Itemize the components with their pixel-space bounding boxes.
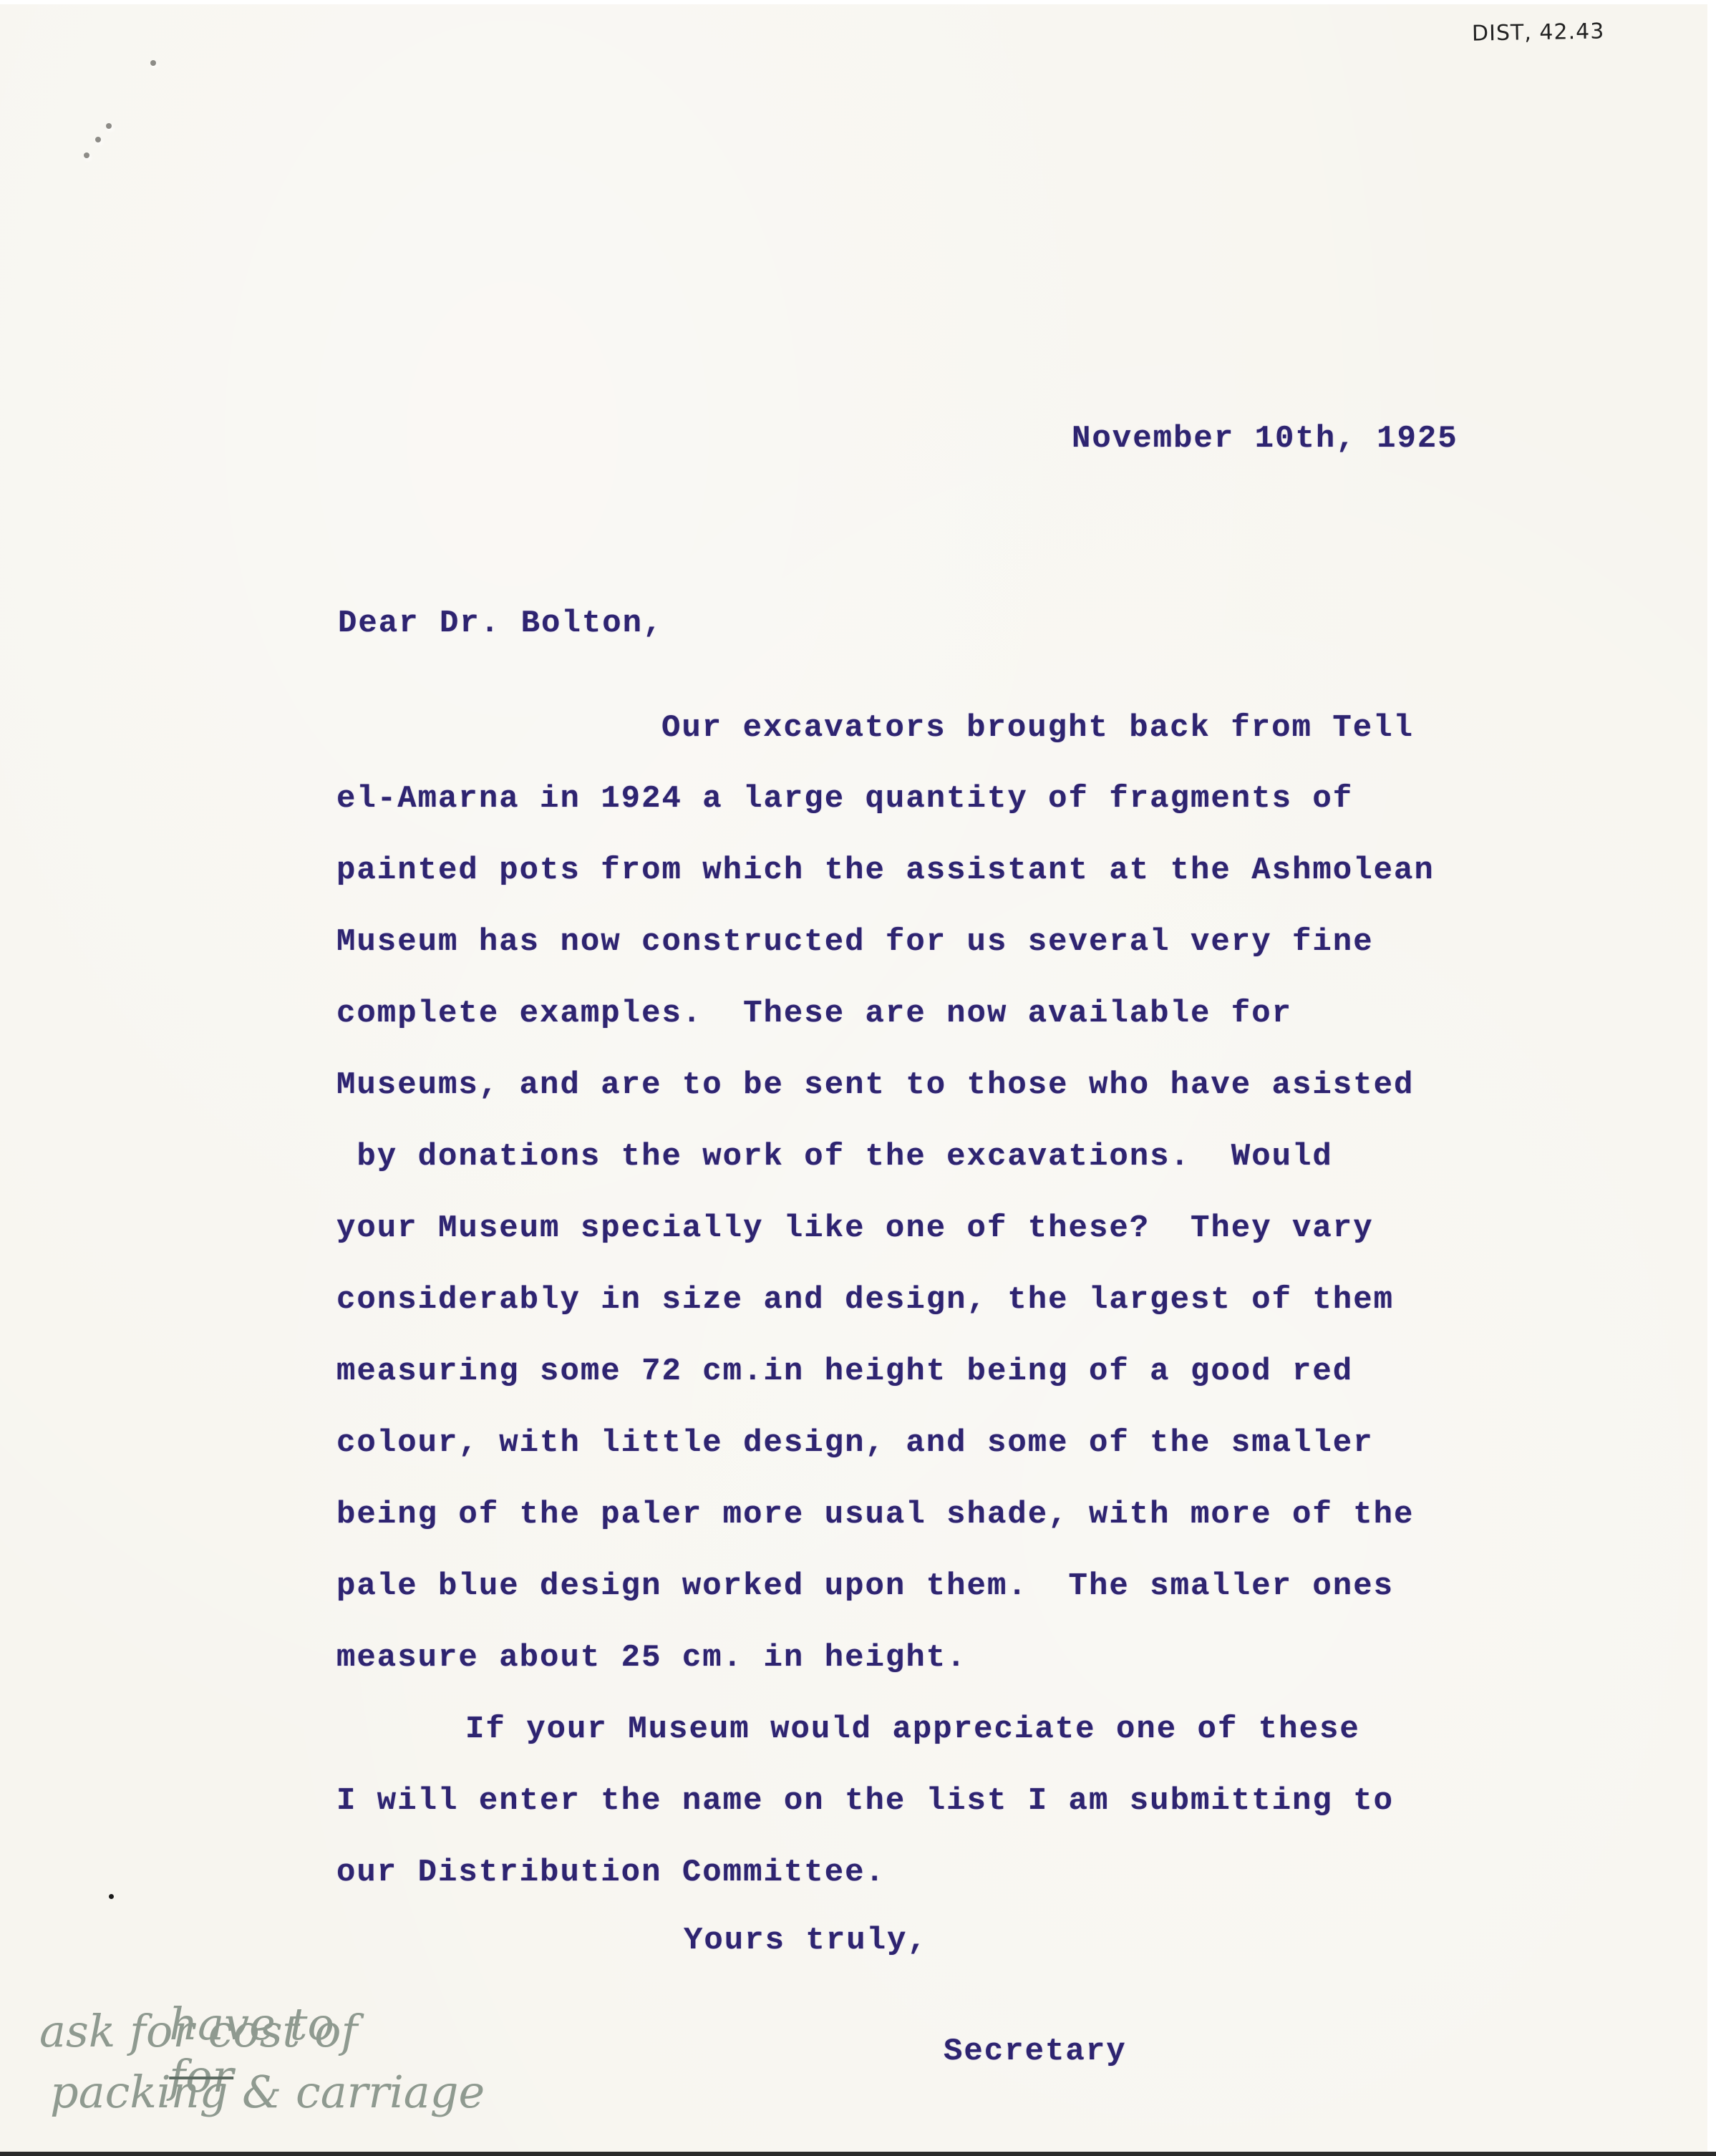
punch-hole-mark [106,123,112,129]
body-line: being of the paler more usual shade, wit… [336,1497,1414,1533]
body-line: our Distribution Committee. [336,1855,886,1890]
handwritten-note-line: ask for cost of [39,2005,357,2057]
page-edge [1707,0,1716,2156]
body-line: If your Museum would appreciate one of t… [465,1711,1360,1747]
page-edge [0,2152,1716,2156]
body-line: painted pots from which the assistant at… [336,853,1435,888]
body-line: el-Amarna in 1924 a large quantity of fr… [336,781,1353,817]
body-line: your Museum specially like one of these?… [336,1210,1374,1246]
letter-date: November 10th, 1925 [1072,421,1458,457]
salutation: Dear Dr. Bolton, [338,606,663,641]
signature-title: Secretary [944,2034,1127,2069]
ink-dot [109,1894,114,1899]
body-line: measuring some 72 cm.in height being of … [336,1354,1353,1389]
letter-page: DIST, 42.43 November 10th, 1925 Dear Dr.… [0,4,1707,2153]
body-line: Our excavators brought back from Tell [661,710,1414,746]
body-line: pale blue design worked upon them. The s… [336,1568,1394,1604]
body-line: complete examples. These are now availab… [336,996,1292,1031]
closing: Yours truly, [684,1923,928,1958]
punch-hole-mark [95,137,101,142]
body-line: considerably in size and design, the lar… [336,1282,1394,1318]
handwritten-note-line: packing & carriage [50,2066,485,2118]
body-line: measure about 25 cm. in height. [336,1640,967,1676]
body-line: colour, with little design, and some of … [336,1425,1374,1461]
punch-hole-mark [84,152,89,158]
punch-hole-mark [150,60,156,66]
body-line: Museums, and are to be sent to those who… [336,1067,1414,1103]
body-line: Museum has now constructed for us severa… [336,924,1374,960]
archive-reference: DIST, 42.43 [1472,19,1605,46]
body-line: by donations the work of the excavations… [336,1139,1333,1175]
body-line: I will enter the name on the list I am s… [336,1783,1394,1819]
